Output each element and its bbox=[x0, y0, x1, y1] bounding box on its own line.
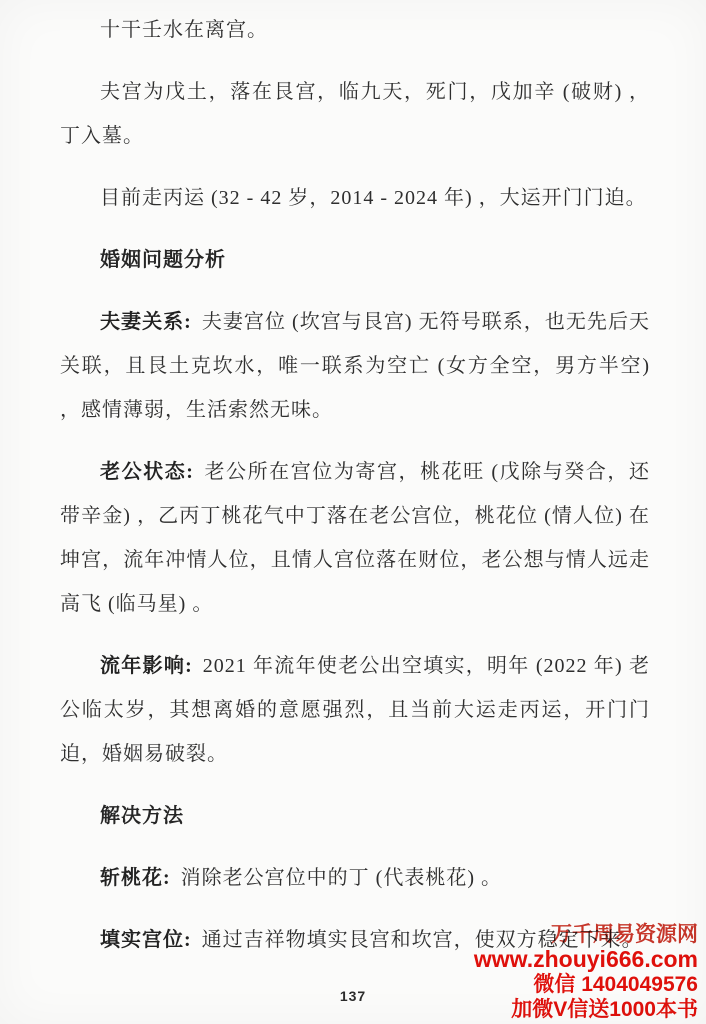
paragraph-label: 填实宫位: bbox=[100, 929, 192, 951]
paragraph-label: 流年影响: bbox=[100, 655, 193, 677]
paragraph-cut-peachblossom: 斩桃花:消除老公宫位中的丁 (代表桃花) 。 bbox=[60, 856, 650, 900]
paragraph-yearly-influence: 流年影响:2021 年流年使老公出空填实，明年 (2022 年) 老公临太岁，其… bbox=[60, 644, 650, 776]
watermark-site-name: 万千周易资源网 bbox=[474, 922, 698, 947]
paragraph-husband-status: 老公状态:老公所在宫位为寄宫，桃花旺 (戊除与癸合，还带辛金) ，乙丙丁桃花气中… bbox=[60, 450, 650, 626]
paragraph-couple-relation: 夫妻关系:夫妻宫位 (坎宫与艮宫) 无符号联系，也无先后天关联，且艮土克坎水，唯… bbox=[60, 300, 650, 432]
section-heading-solutions: 解决方法 bbox=[60, 794, 650, 838]
paragraph-text: 老公所在宫位为寄宫，桃花旺 (戊除与癸合，还带辛金) ，乙丙丁桃花气中丁落在老公… bbox=[60, 461, 650, 615]
watermark-promo-text: 加微V信送1000本书 bbox=[474, 997, 698, 1022]
paragraph-label: 老公状态: bbox=[100, 461, 194, 483]
paragraph-fugong: 夫宫为戊土，落在艮宫，临九天，死门，戊加辛 (破财) ，丁入墓。 bbox=[60, 70, 650, 158]
paragraph-label: 夫妻关系: bbox=[100, 311, 192, 333]
paragraph-dayun: 目前走丙运 (32 - 42 岁，2014 - 2024 年) ，大运开门门迫。 bbox=[60, 176, 650, 220]
paragraph-text: 消除老公宫位中的丁 (代表桃花) 。 bbox=[181, 867, 502, 889]
text-column: 十干壬水在离宫。 夫宫为戊土，落在艮宫，临九天，死门，戊加辛 (破财) ，丁入墓… bbox=[60, 8, 650, 980]
watermark-url: www.zhouyi666.com bbox=[474, 947, 698, 972]
scanned-page: 十干壬水在离宫。 夫宫为戊土，落在艮宫，临九天，死门，戊加辛 (破财) ，丁入墓… bbox=[0, 0, 706, 1024]
watermark: 万千周易资源网 www.zhouyi666.com 微信 1404049576 … bbox=[474, 922, 698, 1022]
paragraph-ligong: 十干壬水在离宫。 bbox=[60, 8, 650, 52]
paragraph-label: 斩桃花: bbox=[100, 867, 171, 889]
watermark-wechat-number: 微信 1404049576 bbox=[474, 972, 698, 997]
section-heading-marriage-analysis: 婚姻问题分析 bbox=[60, 238, 650, 282]
